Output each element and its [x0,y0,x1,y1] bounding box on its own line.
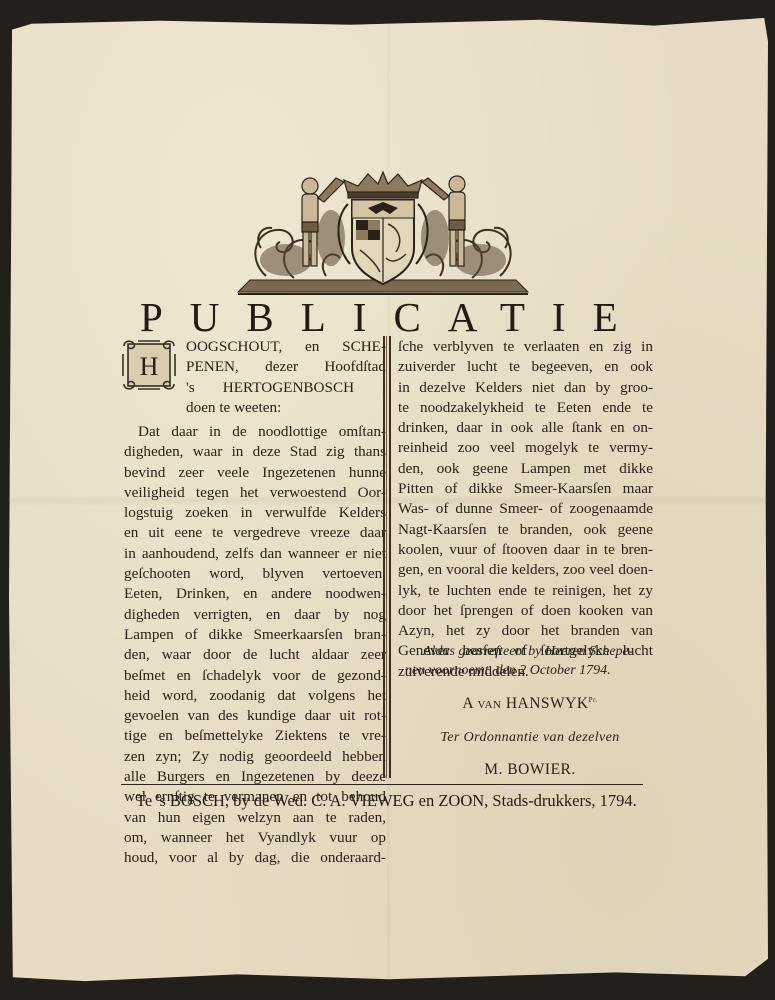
text-line: Azyn, het zy door het branden van [398,621,653,641]
text-line: houd, voor al by dag, die onderaard- [124,848,386,868]
resolution-line: Aldus gearreſteert by Heeren Schepe- [405,642,655,661]
signature-block: Aldus gearreſteert by Heeren Schepe- nen… [405,642,655,779]
text-line: in dezelve Kelders niet dan by groo- [398,378,653,398]
text-line: den, waar door de lucht aldaar zeer [124,645,386,665]
text-line: digheden verrigten, en daar by nog [124,605,386,625]
signatory-bowier: M. BOWIER. [405,761,655,779]
text-line: koolen, vuur of ſtooven daar in te bren- [398,540,653,560]
page-title: PUBLICATIE [140,294,640,340]
column-divider [383,336,391,778]
heading-line: 's HERTOGENBOSCH , [186,378,386,398]
text-line: Lampen of dikke Smeerkaarsſen bran- [124,625,386,645]
text-line: digheden, waar in deze Stad zig thans [124,442,386,462]
text-line: den, ook geene Lampen met dikke [398,459,653,479]
signatory-hanswyk: A VAN HANSWYKPr. [405,695,655,713]
text-line: tige en beſmettelyke Ziektens te vre- [124,726,386,746]
text-line: gen, en vooral die kelders, zoo veel doe… [398,560,653,580]
footer-rule [121,784,643,785]
text-line: Eeten, Drinken, en andere noodwen- [124,584,386,604]
countersign-label: Ter Ordonnantie van dezelven [405,728,655,747]
resolution-line: nen voornoemt, den 2 October 1794. [405,661,655,680]
right-column-body: ſche verblyven te verlaaten en zig in zu… [398,337,653,682]
text-line: geſchooten word, blyven vertoeven, [124,564,386,584]
text-line: reinheid zoo veel mogelyk te vermy- [398,438,653,458]
text-line: beſmet en ſchadelyk voor de gezond- [124,666,386,686]
text-line: bevind zeer veele Ingezetenen hunne [124,463,386,483]
text-line: en uit eene te vergedreve vreeze daar [124,523,386,543]
text-line: Was- of dunne Smeer- of zoogenaamde [398,499,653,519]
text-line: logstuig zoeken in verwulfde Kelders [124,503,386,523]
text-line: Dat daar in de noodlottige omſtan- [124,422,386,442]
text-line: Nagt-Kaarsſen te branden, ook geene [398,520,653,540]
text-line: drinken, daar in ook alle ſtank en on- [398,418,653,438]
text-line: in aanhoudend, zelfs dan wanneer er niet [124,544,386,564]
ornament-frame-icon: H [122,338,176,392]
heading-line: PENEN, dezer Hoofdſtad [186,357,386,377]
drop-cap: H [122,338,176,392]
text-line: zen zyn; Zy nodig geoordeeld hebben [124,747,386,767]
heading-line: OOGSCHOUT, en SCHE- [186,337,386,357]
heading-line: doen te weeten: [186,398,386,418]
heading-block: OOGSCHOUT, en SCHE- PENEN, dezer Hoofdſt… [186,337,386,418]
text-line: gevoelen van des kundige daar uit rot- [124,706,386,726]
text-line: om, wanneer het Vyandlyk vuur op [124,828,386,848]
text-line: Pitten of dikke Smeer-Kaarsſen maar [398,479,653,499]
text-line: veiligheid tegen het verwoestend Oor- [124,483,386,503]
coat-of-arms-emblem [236,168,530,296]
text-line: heid word, zoodanig dat volgens het [124,686,386,706]
text-line: lyk, te luchten ende te reinigen, het zy [398,581,653,601]
text-line: ſche verblyven te verlaaten en zig in [398,337,653,357]
text-line: zuiverder lucht te begeeven, en ook [398,357,653,377]
text-line: te noodzakelykheid te Eeten ende te [398,398,653,418]
drop-cap-letter: H [140,352,159,381]
printer-imprint: Te 's BOSCH, by de Wed. C. A. VIEWEG en … [136,790,636,812]
text-line: door het ſprengen of doen kooken van [398,601,653,621]
